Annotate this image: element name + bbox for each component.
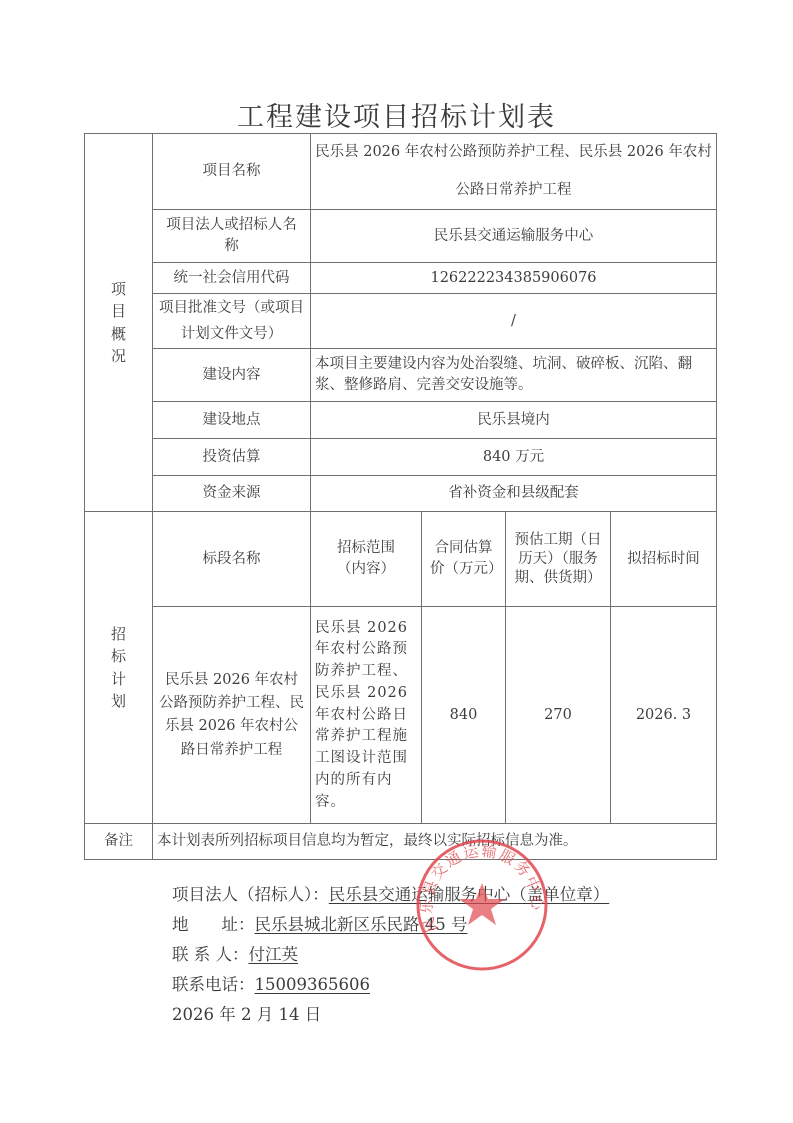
header-period: 预估工期（日历天）（服务期、供货期） [506, 512, 611, 607]
value-location: 民乐县境内 [311, 402, 717, 439]
plan-header-row: 招 标 计 划 标段名称 招标范围（内容） 合同估算价（万元） 预估工期（日历天… [85, 512, 717, 607]
label-investment: 投资估算 [153, 439, 311, 476]
value-project-name: 民乐县 2026 年农村公路预防养护工程、民乐县 2026 年农村公路日常养护工… [311, 134, 717, 210]
label-remark: 备注 [85, 824, 153, 860]
cell-period: 270 [506, 607, 611, 824]
section-label-overview: 项 目 概 况 [85, 134, 153, 512]
header-scope: 招标范围（内容） [311, 512, 422, 607]
header-time: 拟招标时间 [611, 512, 717, 607]
document-title: 工程建设项目招标计划表 [0, 95, 793, 134]
row-construction-content: 建设内容 本项目主要建设内容为处治裂缝、坑洞、破碎板、沉陷、翻浆、整修路肩、完善… [85, 349, 717, 402]
cell-lot-name: 民乐县 2026 年农村公路预防养护工程、民乐县 2026 年农村公路日常养护工… [153, 607, 311, 824]
row-funding: 资金来源 省补资金和县级配套 [85, 476, 717, 512]
footer-info: 项目法人（招标人）：民乐县交通运输服务中心（盖单位章） 地 址：民乐县城北新区乐… [172, 880, 609, 1030]
value-tenderer: 民乐县交通运输服务中心 [311, 210, 717, 263]
label-tenderer: 项目法人或招标人名称 [153, 210, 311, 263]
tender-plan-table: 项 目 概 况 项目名称 民乐县 2026 年农村公路预防养护工程、民乐县 20… [84, 133, 717, 860]
footer-date: 2026 年 2 月 14 日 [172, 1000, 609, 1030]
row-project-name: 项 目 概 况 项目名称 民乐县 2026 年农村公路预防养护工程、民乐县 20… [85, 134, 717, 210]
row-investment: 投资估算 840 万元 [85, 439, 717, 476]
plan-data-row: 民乐县 2026 年农村公路预防养护工程、民乐县 2026 年农村公路日常养护工… [85, 607, 717, 824]
section-label-plan: 招 标 计 划 [85, 512, 153, 824]
value-approval-number: / [311, 294, 717, 349]
value-remark: 本计划表所列招标项目信息均为暂定，最终以实际招标信息为准。 [153, 824, 717, 860]
value-investment: 840 万元 [311, 439, 717, 476]
header-lot-name: 标段名称 [153, 512, 311, 607]
label-funding: 资金来源 [153, 476, 311, 512]
header-price: 合同估算价（万元） [422, 512, 506, 607]
footer-address: 地 址：民乐县城北新区乐民路 45 号 [172, 910, 609, 940]
label-construction-content: 建设内容 [153, 349, 311, 402]
footer-phone: 联系电话：15009365606 [172, 970, 609, 1000]
value-construction-content: 本项目主要建设内容为处治裂缝、坑洞、破碎板、沉陷、翻浆、整修路肩、完善交安设施等… [311, 349, 717, 402]
row-credit-code: 统一社会信用代码 126222234385906076 [85, 263, 717, 294]
row-approval-number: 项目批准文号（或项目计划文件文号） / [85, 294, 717, 349]
label-location: 建设地点 [153, 402, 311, 439]
row-remark: 备注 本计划表所列招标项目信息均为暂定，最终以实际招标信息为准。 [85, 824, 717, 860]
footer-legal-person: 项目法人（招标人）：民乐县交通运输服务中心（盖单位章） [172, 880, 609, 910]
row-location: 建设地点 民乐县境内 [85, 402, 717, 439]
footer-contact: 联 系 人：付江英 [172, 940, 609, 970]
row-tenderer: 项目法人或招标人名称 民乐县交通运输服务中心 [85, 210, 717, 263]
cell-price: 840 [422, 607, 506, 824]
label-approval-number: 项目批准文号（或项目计划文件文号） [153, 294, 311, 349]
value-funding: 省补资金和县级配套 [311, 476, 717, 512]
label-credit-code: 统一社会信用代码 [153, 263, 311, 294]
cell-scope: 民乐县 2026 年农村公路预防养护工程、民乐县 2026 年农村公路日常养护工… [311, 607, 422, 824]
label-project-name: 项目名称 [153, 134, 311, 210]
cell-time: 2026. 3 [611, 607, 717, 824]
value-credit-code: 126222234385906076 [311, 263, 717, 294]
